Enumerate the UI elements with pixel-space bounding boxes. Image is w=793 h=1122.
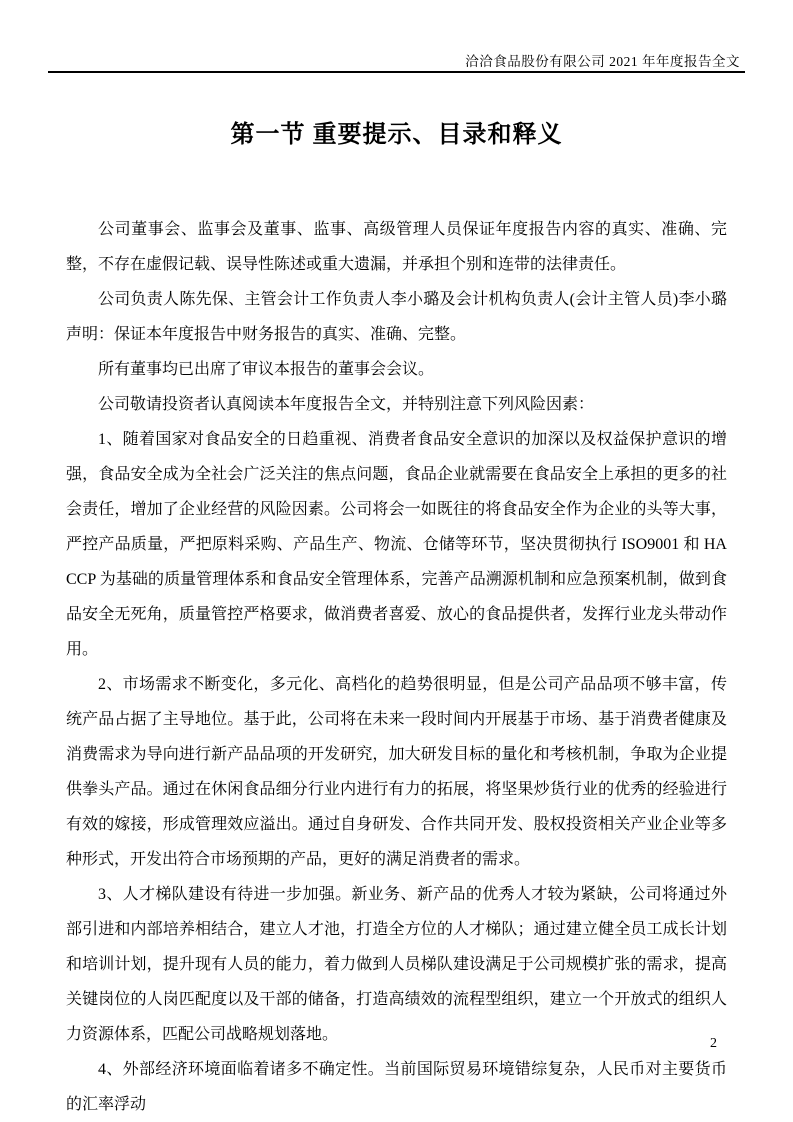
paragraph: 公司董事会、监事会及董事、监事、高级管理人员保证年度报告内容的真实、准确、完整，…: [66, 212, 727, 282]
paragraph: 公司负责人陈先保、主管会计工作负责人李小璐及会计机构负责人(会计主管人员)李小璐…: [66, 282, 727, 352]
page-number: 2: [710, 1036, 717, 1052]
section-title: 第一节 重要提示、目录和释义: [0, 114, 793, 149]
paragraph: 1、随着国家对食品安全的日趋重视、消费者食品安全意识的加深以及权益保护意识的增强…: [66, 422, 727, 667]
paragraph: 4、外部经济环境面临着诸多不确定性。当前国际贸易环境错综复杂，人民币对主要货币的…: [66, 1052, 727, 1122]
header-divider: [48, 71, 745, 73]
body-paragraphs: 公司董事会、监事会及董事、监事、高级管理人员保证年度报告内容的真实、准确、完整，…: [66, 212, 727, 1122]
paragraph: 公司敬请投资者认真阅读本年度报告全文，并特别注意下列风险因素：: [66, 387, 727, 422]
report-page: 洽洽食品股份有限公司 2021 年年度报告全文 第一节 重要提示、目录和释义 公…: [0, 0, 793, 1122]
paragraph: 2、市场需求不断变化，多元化、高档化的趋势很明显，但是公司产品品项不够丰富，传统…: [66, 667, 727, 877]
paragraph: 所有董事均已出席了审议本报告的董事会会议。: [66, 352, 727, 387]
paragraph: 3、人才梯队建设有待进一步加强。新业务、新产品的优秀人才较为紧缺，公司将通过外部…: [66, 877, 727, 1052]
page-header: 洽洽食品股份有限公司 2021 年年度报告全文: [465, 50, 740, 70]
